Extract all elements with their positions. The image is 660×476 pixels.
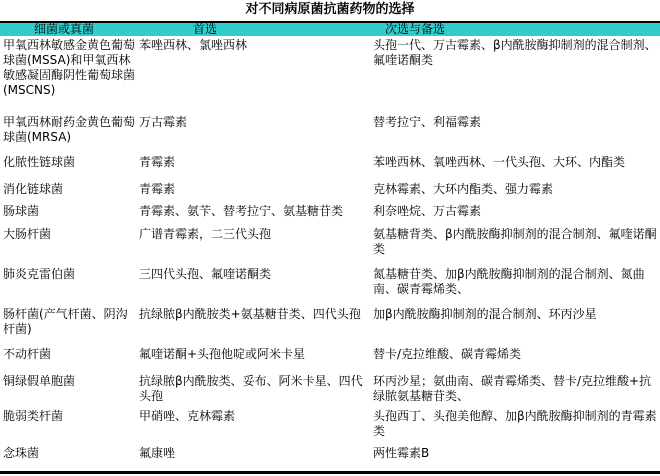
alternative-cell: 替考拉宁、利福霉素 xyxy=(373,115,658,130)
bottom-rule xyxy=(0,471,660,474)
alternative-cell: 两性霉素B xyxy=(373,446,658,461)
first-choice-cell: 青霉素 xyxy=(139,155,369,170)
organism-cell: 肺炎克雷伯菌 xyxy=(3,267,136,282)
first-choice-cell: 青霉素、氨苄、替考拉宁、氨基糖苷类 xyxy=(139,204,369,219)
first-choice-cell: 抗绿脓β内酰胺类、妥布、阿米卡星、四代头孢 xyxy=(139,374,369,404)
organism-cell: 大肠杆菌 xyxy=(3,227,136,242)
organism-cell: 甲氧西林耐药金黄色葡萄球菌(MRSA) xyxy=(3,115,136,145)
alternative-cell: 氨基糖背类、β内酰胺酶抑制剂的混合制剂、氟喹诺酮类 xyxy=(373,227,658,257)
header-organism: 细菌或真菌 xyxy=(34,23,94,36)
alternative-cell: 克林霉素、大环内酯类、强力霉素 xyxy=(373,182,658,197)
header-alternatives: 次选与备选 xyxy=(385,23,445,36)
first-choice-cell: 氟康唑 xyxy=(139,446,369,461)
table-header: 细菌或真菌 首选 次选与备选 xyxy=(0,23,660,36)
alternative-cell: 加β内酰胺酶抑制剂的混合制剂、环丙沙星 xyxy=(373,307,658,322)
organism-cell: 脆弱类杆菌 xyxy=(3,409,136,424)
first-choice-cell: 甲硝唑、克林霉素 xyxy=(139,409,369,424)
alternative-cell: 头孢一代、万古霉素、β内酰胺酶抑制剂的混合制剂、氟喹诺酮类 xyxy=(373,38,658,68)
first-choice-cell: 苯唑西林、氯唑西林 xyxy=(139,38,369,53)
alternative-cell: 头孢西丁、头孢美他醇、加β内酰胺酶抑制剂的青霉素类 xyxy=(373,409,658,439)
first-choice-cell: 氟喹诺酮+头孢他啶或阿米卡星 xyxy=(139,347,369,362)
organism-cell: 不动杆菌 xyxy=(3,347,136,362)
alternative-cell: 苯唑西林、氧唑西林、一代头孢、大环、内酯类 xyxy=(373,155,658,170)
organism-cell: 念珠菌 xyxy=(3,446,136,461)
first-choice-cell: 三四代头孢、氟喹诺酮类 xyxy=(139,267,369,282)
organism-cell: 肠杆菌(产气杆菌、阴沟杆菌) xyxy=(3,307,136,337)
alternative-cell: 氮基糖苷类、加β内酰胺酶抑制剂的混合制剂、氮曲南、碳青霉烯类、 xyxy=(373,267,658,297)
organism-cell: 化脓性链球菌 xyxy=(3,155,136,170)
organism-cell: 铜绿假单胞菌 xyxy=(3,374,136,389)
first-choice-cell: 万古霉素 xyxy=(139,115,369,130)
header-first-choice: 首选 xyxy=(193,23,217,36)
table-title: 对不同病原菌抗菌药物的选择 xyxy=(0,1,660,19)
organism-cell: 甲氧西林敏感金黄色葡萄球菌(MSSA)和甲氧西林敏感凝固酶阴性葡萄球菌(MSCN… xyxy=(3,38,136,98)
first-choice-cell: 青霉素 xyxy=(139,182,369,197)
alternative-cell: 替卡/克拉维酸、碳青霉烯类 xyxy=(373,347,658,362)
alternative-cell: 利奈唑烷、万古霉素 xyxy=(373,204,658,219)
first-choice-cell: 抗绿脓β内酰胺类+氨基糖苷类、四代头孢 xyxy=(139,307,369,322)
first-choice-cell: 广谱青霉素，二三代头孢 xyxy=(139,227,369,242)
organism-cell: 消化链球菌 xyxy=(3,182,136,197)
alternative-cell: 环丙沙星；氨曲南、碳青霉烯类、替卡/克拉维酸+抗绿脓氨基糖苷类、 xyxy=(373,374,658,404)
organism-cell: 肠球菌 xyxy=(3,204,136,219)
